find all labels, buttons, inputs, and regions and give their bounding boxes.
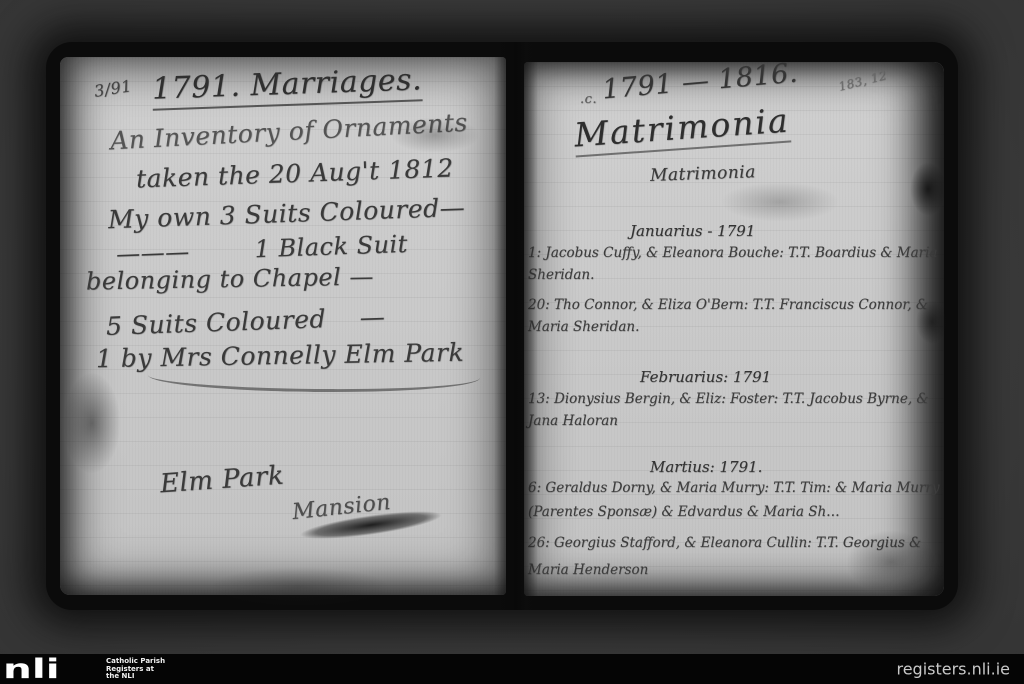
marriage-entry: 26: Georgius Stafford, & Eleanora Cullin… [528,530,940,584]
right-page: 183, 12 .c. 1791 — 1816. Matrimonia Matr… [524,62,944,596]
small-ink-mark: .c. [580,92,597,107]
inventory-line: An Inventory of Ornaments [109,108,468,156]
footer-caption-line: the NLI [106,673,165,681]
underline-flourish [148,358,480,395]
matrimonia-script-title: Matrimonia [573,101,791,155]
month-heading-january: Januarius - 1791 [630,222,755,240]
elm-park-note: Elm Park [159,461,285,500]
matrimonia-script-text: Matrimonia [573,101,791,158]
date-line: taken the 20 Aug't 1812 [136,153,455,193]
book-binding-gutter [494,42,538,610]
month-heading-march: Martius: 1791. [650,458,762,476]
marriage-entry: 1: Jacobus Cuffy, & Eleanora Bouche: T.T… [528,242,940,286]
ink-stain [64,373,120,473]
manuscript-scan: 3/91 1791. Marriages. An Inventory of Or… [46,42,958,610]
chapel-line: belonging to Chapel — [86,262,374,295]
year-range-heading: 1791 — 1816. [601,58,799,106]
site-watermark: registers.nli.ie [896,660,1010,679]
ink-stain [210,567,390,607]
month-heading-february: Februarius: 1791 [640,368,771,386]
marriage-entry: 20: Tho Connor, & Eliza O'Bern: T.T. Fra… [528,294,940,338]
nli-logo: nli [3,656,60,683]
page-number-mark: 3/91 [93,76,133,101]
suits-line-3: 5 Suits Coloured — [106,302,386,341]
left-page: 3/91 1791. Marriages. An Inventory of Or… [60,57,506,595]
ink-stain [910,162,946,216]
suits-line-1: My own 3 Suits Coloured— [108,193,466,234]
ink-stain [720,182,840,222]
footer-caption: Catholic Parish Registers at the NLI [106,658,165,681]
faint-corner-mark: 183, 12 [837,68,888,94]
marriage-entry: 6: Geraldus Dorny, & Maria Murry: T.T. T… [528,476,940,524]
left-page-title: 1791. Marriages. [151,62,422,106]
matrimonia-subtitle: Matrimonia [650,162,756,186]
left-page-title-text: 1791. Marriages. [151,62,422,110]
footer-bar: nli Catholic Parish Registers at the NLI… [0,654,1024,684]
marriage-entry: 13: Dionysius Bergin, & Eliz: Foster: T.… [528,388,940,432]
